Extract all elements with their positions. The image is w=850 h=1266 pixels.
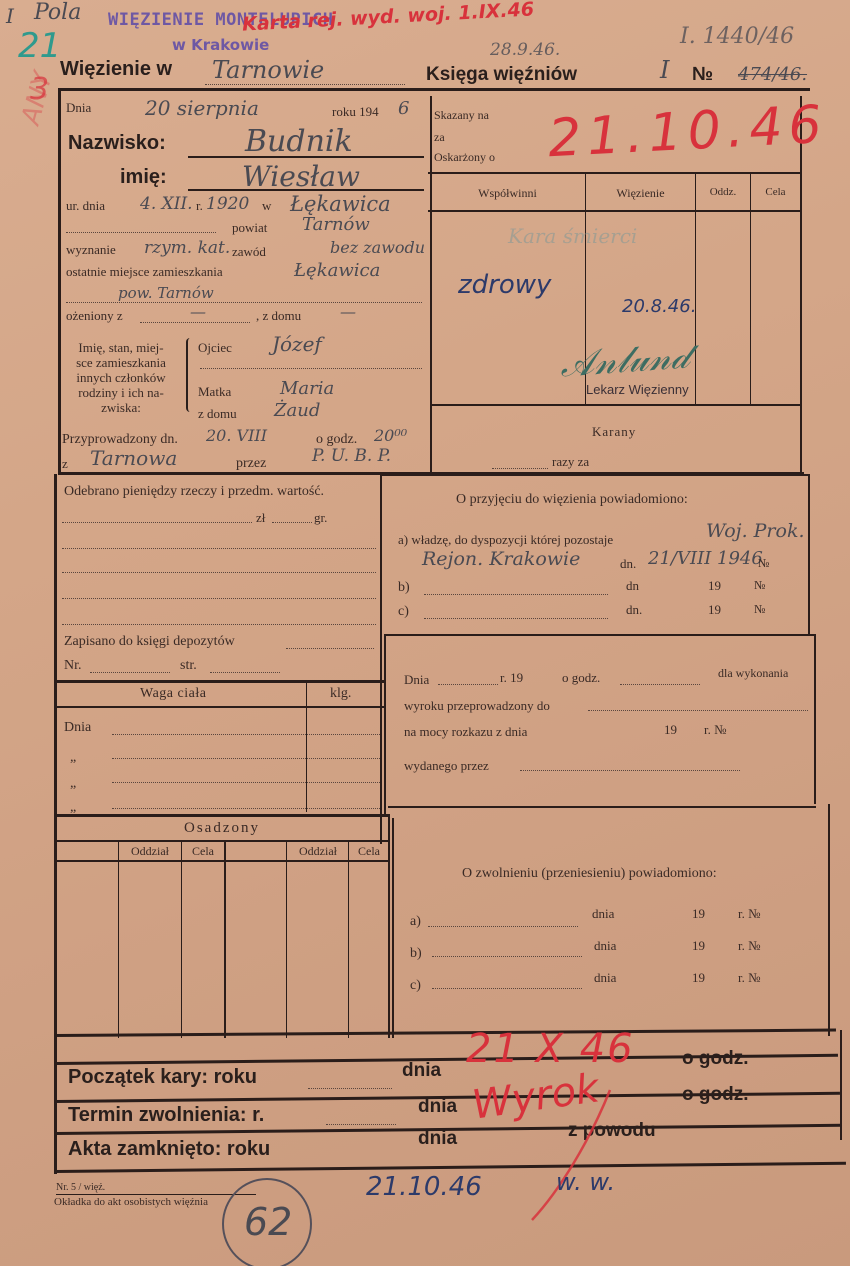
married-label: ożeniony z bbox=[66, 308, 123, 324]
pencil-name-note: Pola bbox=[34, 0, 81, 25]
placed-col-ward-2: Oddział bbox=[288, 844, 348, 859]
surname-label: Nazwisko: bbox=[68, 132, 166, 155]
form-number: Nr. 5 / więź. bbox=[56, 1182, 105, 1193]
corner-roman-mark: I bbox=[6, 4, 14, 28]
transfer-order-no: r. № bbox=[704, 722, 727, 738]
sentence-start-day-label: dnia bbox=[402, 1060, 441, 1082]
col-ward: Oddz. bbox=[696, 186, 750, 198]
red-start-date: 21 X 46 bbox=[466, 1026, 635, 1072]
date-value: 20 sierpnia bbox=[145, 96, 259, 120]
book-label: Księga więźniów bbox=[426, 64, 577, 86]
admission-c-dn: dn. bbox=[626, 602, 642, 618]
deposit-page-label: str. bbox=[180, 658, 197, 674]
from-value: Tarnowa bbox=[90, 446, 177, 470]
transfer-year-label: r. 19 bbox=[500, 670, 523, 686]
born-label: ur. dnia bbox=[66, 198, 105, 214]
red-sentence-date: 21.10.46 bbox=[547, 95, 829, 170]
zl-label: zł bbox=[256, 510, 265, 526]
family-brace bbox=[186, 338, 194, 412]
health-date-note: 20.8.46. bbox=[622, 296, 696, 317]
release-a-year: 19 bbox=[692, 906, 705, 922]
col-cell: Cela bbox=[751, 186, 800, 198]
number-label: № bbox=[692, 64, 713, 86]
times-label: razy za bbox=[552, 454, 589, 470]
prison-stamp-line2: w Krakowie bbox=[172, 36, 269, 54]
transfer-line2-label: wyroku przeprowadzony do bbox=[404, 698, 550, 714]
born-place-value: Łękawica bbox=[290, 192, 391, 216]
release-a-no: r. № bbox=[738, 906, 761, 922]
admission-a-no: № bbox=[758, 556, 769, 571]
admission-c-no: № bbox=[754, 602, 765, 617]
release-a-dnia: dnia bbox=[592, 906, 614, 922]
admission-a-date: 21/VIII 1946 bbox=[648, 548, 763, 569]
married-value: — bbox=[190, 302, 206, 321]
weight-title: Waga ciała bbox=[140, 686, 206, 702]
blue-initials: w. w. bbox=[556, 1168, 615, 1196]
release-c-label: c) bbox=[410, 978, 421, 994]
release-b-label: b) bbox=[410, 946, 422, 962]
health-status-note: zdrowy bbox=[458, 270, 551, 300]
admission-a-dn-label: dn. bbox=[620, 556, 636, 572]
accused-label: Oskarżony o bbox=[434, 150, 495, 165]
red-registration-note: Karta rej. wyd. woj. 1.IX.46 bbox=[242, 0, 535, 36]
admission-b-year: 19 bbox=[708, 578, 721, 594]
admission-b-label: b) bbox=[398, 580, 410, 596]
book-roman-numeral: I bbox=[660, 56, 669, 84]
residence-label: ostatnie miejsce zamieszkania bbox=[66, 264, 223, 280]
release-date-time-label: o godz. bbox=[682, 1084, 748, 1106]
release-a-label: a) bbox=[410, 914, 421, 930]
deposit-registered-label: Zapisano do księgi depozytów bbox=[64, 634, 235, 650]
release-c-dnia: dnia bbox=[594, 970, 616, 986]
file-closed-day-label: dnia bbox=[418, 1128, 457, 1150]
sentenced-label: Skazany na bbox=[434, 108, 489, 123]
col-prison: Więzienie bbox=[586, 186, 695, 201]
residence-value: Łękawica bbox=[294, 260, 380, 281]
mother-label: Matka bbox=[198, 384, 231, 400]
punished-label: Karany bbox=[592, 424, 636, 440]
transfer-order-year: 19 bbox=[664, 722, 677, 738]
gr-label: gr. bbox=[314, 510, 327, 526]
admission-a-authority-1: Woj. Prok. bbox=[706, 520, 805, 542]
religion-label: wyznanie bbox=[66, 242, 116, 258]
admission-a-label: a) władzę, do dyspozycji której pozostaj… bbox=[398, 532, 613, 548]
release-notice-title: O zwolnieniu (przeniesieniu) powiadomion… bbox=[462, 866, 717, 882]
religion-value: rzym. kat. bbox=[144, 238, 230, 258]
occupation-label: zawód bbox=[232, 244, 266, 260]
za-label: za bbox=[434, 130, 445, 145]
firstname-label: imię: bbox=[120, 166, 167, 189]
surname-value: Budnik bbox=[245, 124, 353, 159]
col-accomplices: Współwinni bbox=[430, 186, 585, 201]
born-year-value: 1920 bbox=[206, 194, 249, 214]
admission-title: O przyjęciu do więzienia powiadomiono: bbox=[456, 492, 688, 508]
by-label: przez bbox=[236, 456, 266, 472]
deposit-nr-label: Nr. bbox=[64, 658, 82, 674]
born-place-label: w bbox=[262, 198, 271, 214]
admission-c-year: 19 bbox=[708, 602, 721, 618]
year-value: 6 bbox=[398, 98, 409, 119]
doctor-signature: 𝒜𝓃𝓁𝓊𝓃𝒹 bbox=[559, 336, 690, 387]
county-value: Tarnów bbox=[302, 214, 370, 235]
brought-date-value: 20. VIII bbox=[206, 426, 267, 445]
county-label: powiat bbox=[232, 220, 267, 236]
mother-value: Maria bbox=[280, 378, 334, 399]
by-value: P. U. B. P. bbox=[312, 446, 391, 466]
married-maiden-label: , z domu bbox=[256, 308, 301, 324]
admission-b-no: № bbox=[754, 578, 765, 593]
faint-pencil-note: Kara śmierci bbox=[508, 224, 637, 248]
prison-name-value: Tarnowie bbox=[212, 56, 324, 84]
placed-title: Osadzony bbox=[184, 820, 260, 837]
pencil-reference-number: I. 1440/46 bbox=[680, 24, 794, 49]
placed-col-cell-1: Cela bbox=[182, 844, 224, 859]
admission-b-dn: dn bbox=[626, 578, 639, 594]
pencil-date-note: 28.9.46. bbox=[490, 40, 560, 60]
release-b-dnia: dnia bbox=[594, 938, 616, 954]
release-date-day-label: dnia bbox=[418, 1096, 457, 1118]
red-pen-stroke bbox=[510, 1080, 630, 1230]
father-label: Ojciec bbox=[198, 340, 232, 356]
year-label: roku 194 bbox=[332, 104, 379, 120]
married-maiden-value: — bbox=[340, 302, 356, 321]
admission-c-label: c) bbox=[398, 604, 409, 620]
release-c-no: r. № bbox=[738, 970, 761, 986]
transfer-purpose-label: dla wykonania bbox=[718, 666, 788, 681]
release-date-label: Termin zwolnienia: r. bbox=[68, 1104, 264, 1127]
family-members-label: Imię, stan, miej- sce zamieszkania innyc… bbox=[64, 340, 178, 415]
weight-ditto-2: „ bbox=[70, 776, 76, 792]
release-b-year: 19 bbox=[692, 938, 705, 954]
red-diagonal-mark: ANY bbox=[16, 69, 59, 128]
prison-label: Więzienie w bbox=[60, 58, 172, 81]
placed-col-cell-2: Cela bbox=[350, 844, 388, 859]
circled-number: 62 bbox=[244, 1200, 292, 1244]
transfer-time-label: o godz. bbox=[562, 670, 600, 686]
transfer-issued-by-label: wydanego przez bbox=[404, 758, 489, 774]
date-label: Dnia bbox=[66, 100, 91, 116]
blue-closing-date: 21.10.46 bbox=[366, 1172, 482, 1202]
release-b-no: r. № bbox=[738, 938, 761, 954]
release-c-year: 19 bbox=[692, 970, 705, 986]
from-label: z bbox=[62, 456, 68, 472]
mother-maiden-value: Żaud bbox=[274, 400, 320, 421]
doctor-stamp: Lekarz Więzienny bbox=[586, 382, 689, 397]
transfer-day-label: Dnia bbox=[404, 672, 429, 688]
sentence-start-label: Początek kary: roku bbox=[68, 1066, 257, 1089]
book-number-value: 474/46. bbox=[738, 64, 807, 85]
weight-day-label: Dnia bbox=[64, 720, 91, 736]
deposit-title: Odebrano pieniędzy rzeczy i przedm. wart… bbox=[64, 484, 324, 500]
placed-col-ward-1: Oddział bbox=[120, 844, 180, 859]
residence-value-line2: pow. Tarnów bbox=[118, 284, 214, 302]
brought-time-value: 20⁰⁰ bbox=[374, 426, 407, 445]
teal-number-mark: 21 bbox=[18, 26, 61, 66]
father-value: Józef bbox=[272, 332, 322, 356]
transfer-order-label: na mocy rozkazu z dnia bbox=[404, 724, 527, 740]
born-day-value: 4. XII. bbox=[140, 194, 193, 214]
mother-maiden-label: z domu bbox=[198, 406, 237, 422]
born-year-label: r. bbox=[196, 198, 203, 214]
occupation-value: bez zawodu bbox=[330, 238, 425, 257]
weight-unit: klg. bbox=[330, 686, 351, 702]
form-title: Okładka do akt osobistych więźnia bbox=[54, 1196, 208, 1208]
file-closed-label: Akta zamknięto: roku bbox=[68, 1138, 270, 1161]
weight-ditto-1: „ bbox=[70, 750, 76, 766]
admission-a-authority-2: Rejon. Krakowie bbox=[422, 548, 580, 570]
sentence-start-time-label: o godz. bbox=[682, 1048, 748, 1070]
